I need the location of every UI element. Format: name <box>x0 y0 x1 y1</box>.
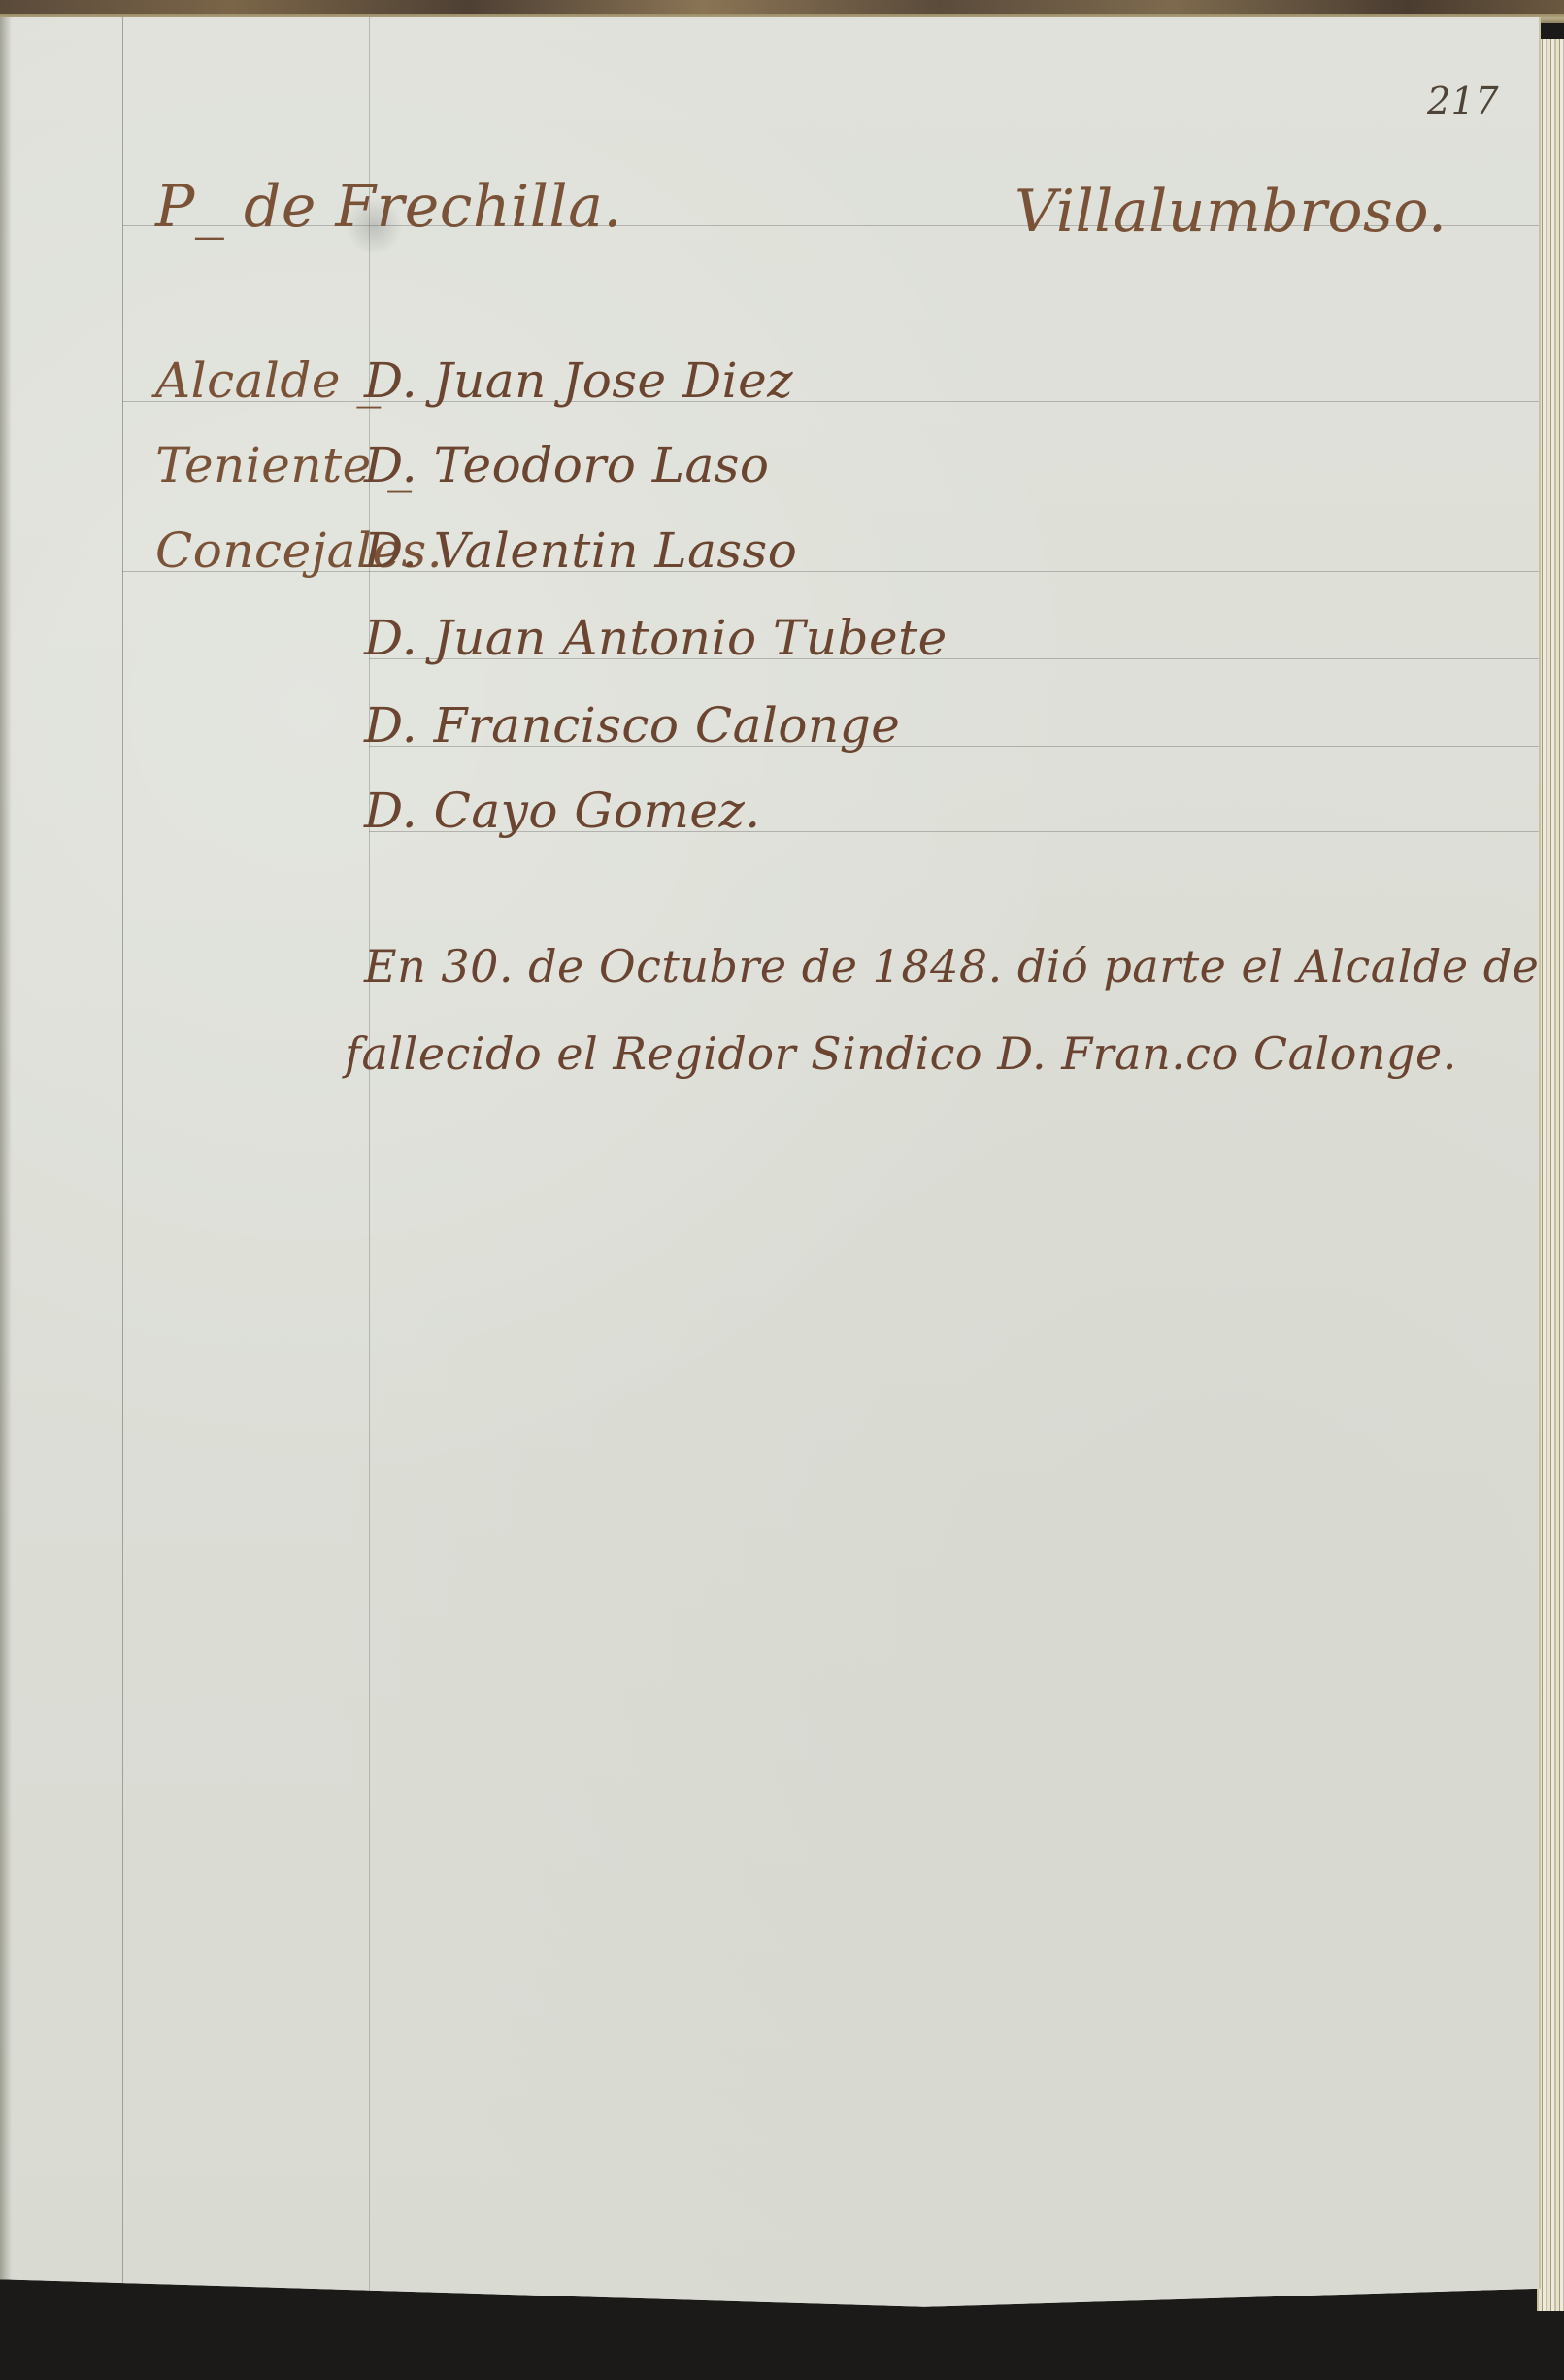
death-notice-line-1: En 30. de Octubre de 1848. dió parte el … <box>364 940 1564 992</box>
heading-district: P_ de Frechilla. <box>155 173 622 241</box>
heading-town: Villalumbroso. <box>1015 178 1448 246</box>
gutter-shadow <box>0 17 12 2321</box>
stacked-page-edges <box>1537 39 1564 2311</box>
official-name: D. Teodoro Laso <box>364 437 770 493</box>
official-name: D. Juan Antonio Tubete <box>364 610 948 666</box>
death-notice-line-2: fallecido el Regidor Sindico D. Fran.co … <box>345 1027 1457 1080</box>
official-name: D. Valentin Lasso <box>364 522 797 579</box>
manuscript-page: 217 P_ de Frechilla. Villalumbroso. Alca… <box>0 17 1541 2321</box>
official-name: D. Cayo Gomez. <box>364 783 761 839</box>
left-margin-rule <box>122 17 123 2321</box>
manuscript-scan: 217 P_ de Frechilla. Villalumbroso. Alca… <box>0 0 1564 2380</box>
role-alcalde: Alcalde _ <box>155 352 382 409</box>
official-name: D. Juan Jose Diez <box>364 352 793 409</box>
page-number: 217 <box>1427 80 1499 122</box>
official-name: D. Francisco Calonge <box>364 697 900 754</box>
